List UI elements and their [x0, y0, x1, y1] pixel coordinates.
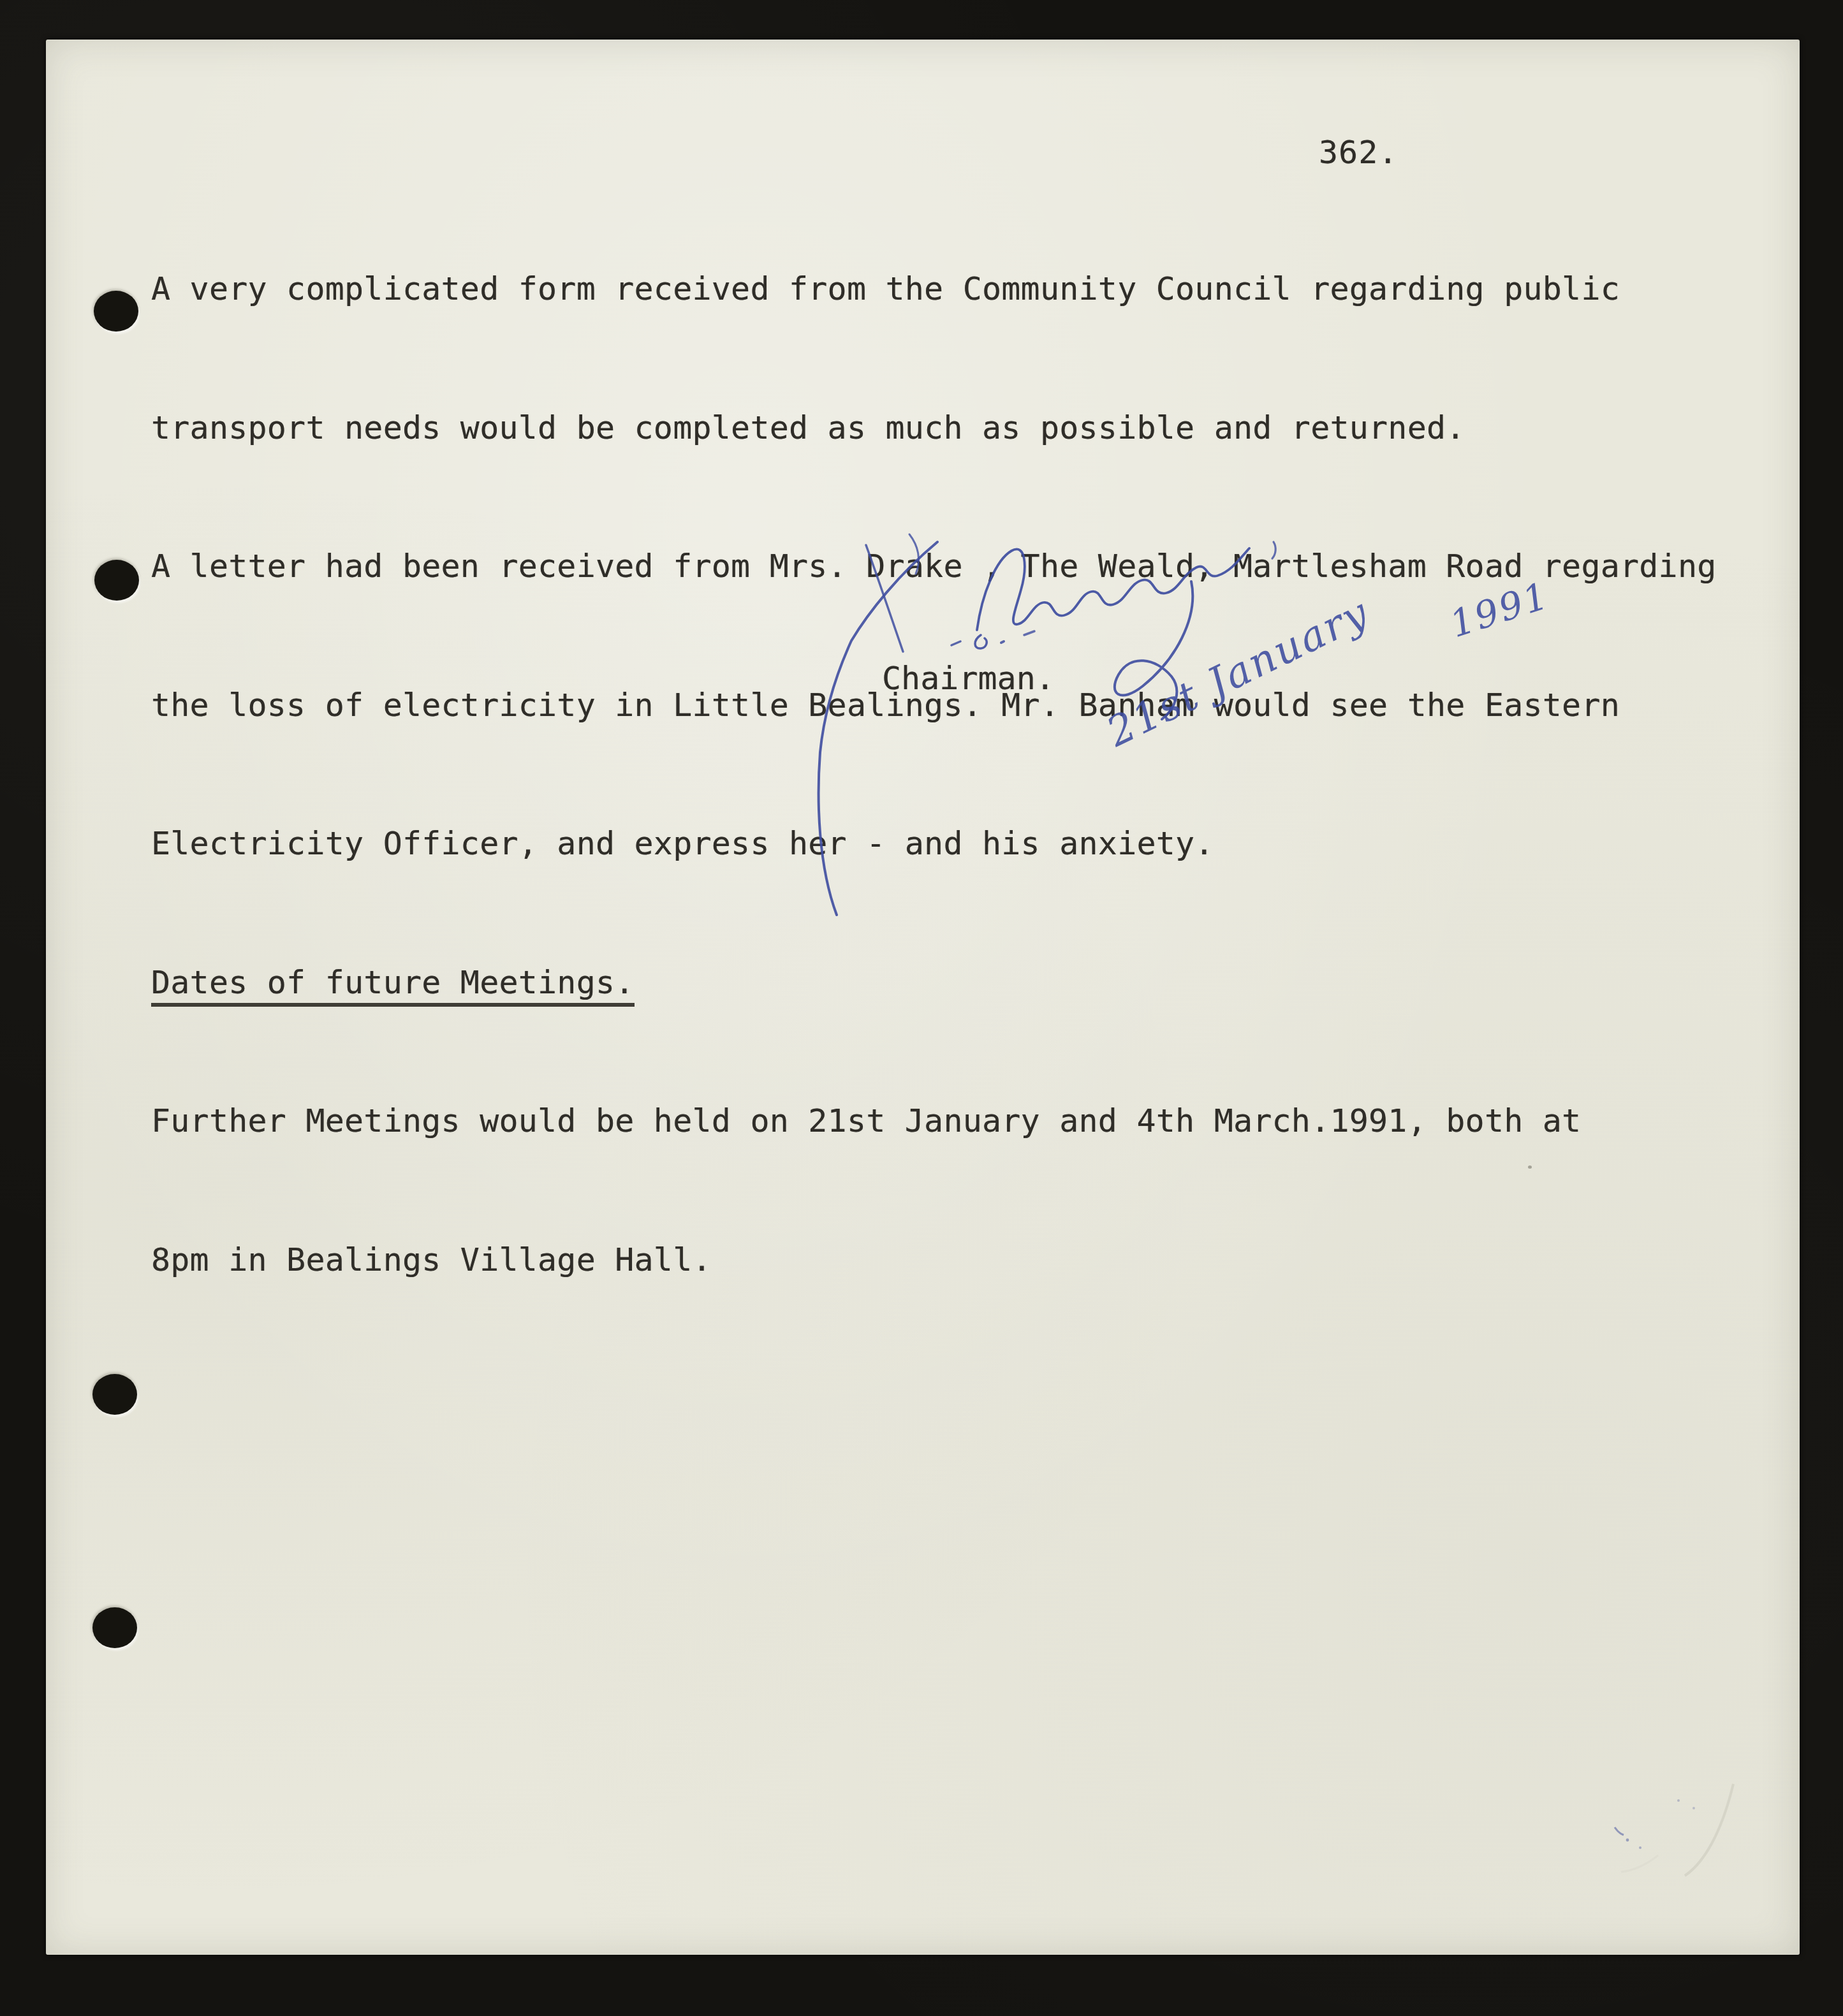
paper-speck	[1528, 1165, 1532, 1169]
signature-date-day-month: 21st January	[1099, 589, 1377, 757]
stray-ink-dot	[1639, 1846, 1641, 1849]
punch-hole	[94, 560, 139, 601]
punch-hole	[92, 1374, 137, 1415]
signature-date-year: 1991	[1444, 573, 1555, 646]
signature-stroke	[975, 635, 987, 648]
signature-stroke	[977, 548, 1249, 630]
page-number: 362.	[1319, 134, 1398, 171]
punch-hole	[92, 1607, 137, 1648]
document-line: Further Meetings would be held on 21st J…	[151, 1098, 1694, 1144]
chairman-signature: 21st January 1991	[791, 523, 1594, 944]
stray-ink-dot	[1626, 1839, 1629, 1842]
stray-ink-dot	[1677, 1799, 1680, 1802]
signature-stroke	[1001, 641, 1004, 643]
punch-hole	[94, 291, 138, 332]
document-line: 8pm in Bealings Village Hall.	[151, 1237, 1694, 1283]
embossed-crease	[1621, 1855, 1658, 1872]
stray-ink-stroke	[1615, 1827, 1624, 1835]
signature-stroke	[819, 542, 937, 915]
signature-stroke	[1024, 631, 1034, 635]
stray-ink-marks	[1582, 1779, 1760, 1957]
stray-ink-dot	[1692, 1807, 1695, 1809]
section-heading: Dates of future Meetings.	[151, 964, 635, 1007]
signature-stroke	[866, 545, 903, 652]
section-heading-line: Dates of future Meetings.	[151, 960, 1694, 1006]
embossed-crease	[1685, 1784, 1733, 1876]
document-line: A very complicated form received from th…	[151, 266, 1694, 312]
document-line: transport needs would be completed as mu…	[151, 405, 1694, 451]
signature-stroke	[1272, 542, 1275, 559]
signature-stroke	[951, 641, 960, 645]
